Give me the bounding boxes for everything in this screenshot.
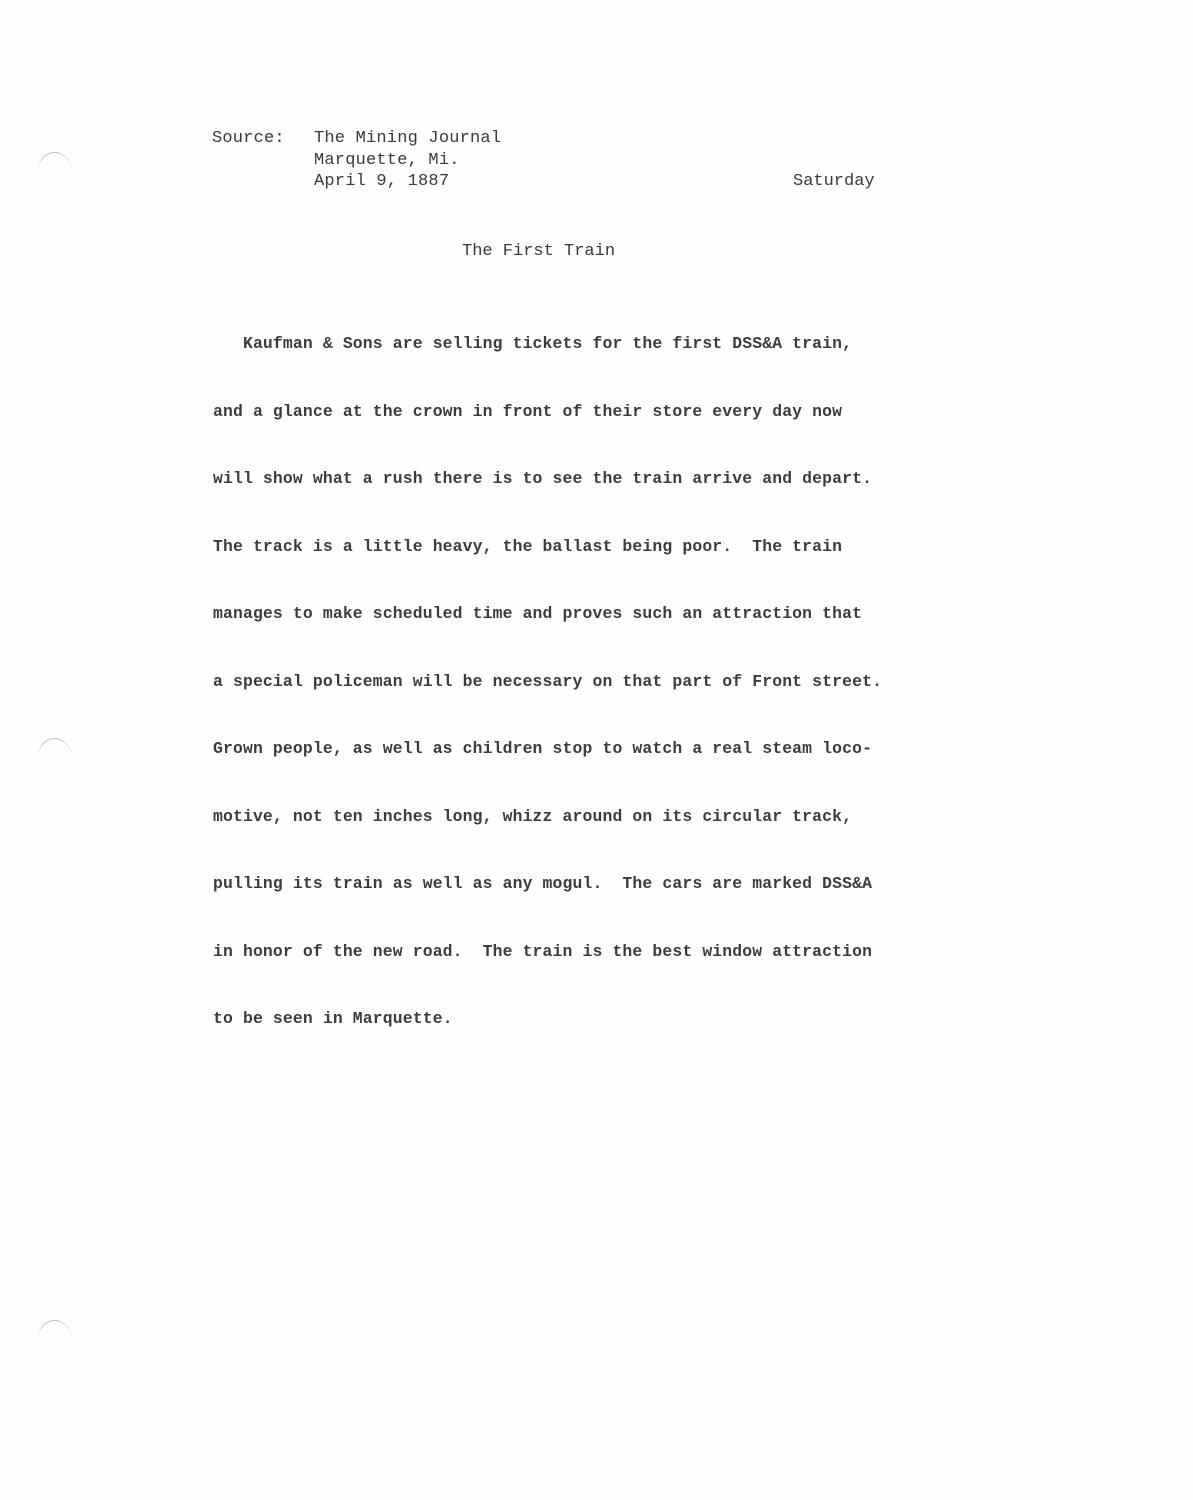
article-title: The First Train <box>462 242 615 261</box>
publication-day: Saturday <box>793 172 875 191</box>
binder-hole-mark <box>35 150 74 178</box>
publication-name: The Mining Journal <box>314 128 501 150</box>
article-line: motive, not ten inches long, whizz aroun… <box>213 806 882 829</box>
article-line: and a glance at the crown in front of th… <box>213 401 882 424</box>
binder-hole-mark <box>35 1318 74 1346</box>
article-line: manages to make scheduled time and prove… <box>213 603 882 626</box>
document-page: Source: The Mining Journal Marquette, Mi… <box>0 0 1193 1500</box>
source-label: Source: <box>212 128 285 150</box>
article-line: Grown people, as well as children stop t… <box>213 738 882 761</box>
article-line: a special policeman will be necessary on… <box>213 671 882 694</box>
publication-date: April 9, 1887 <box>314 171 501 193</box>
article-line: The track is a little heavy, the ballast… <box>213 536 882 559</box>
article-line: pulling its train as well as any mogul. … <box>213 873 882 896</box>
article-line: Kaufman & Sons are selling tickets for t… <box>213 333 882 356</box>
source-details: The Mining Journal Marquette, Mi. April … <box>314 128 501 193</box>
article-line: will show what a rush there is to see th… <box>213 468 882 491</box>
publication-location: Marquette, Mi. <box>314 150 501 172</box>
article-body: Kaufman & Sons are selling tickets for t… <box>213 288 882 1076</box>
binder-hole-mark <box>35 736 74 764</box>
article-line: in honor of the new road. The train is t… <box>213 941 882 964</box>
article-line: to be seen in Marquette. <box>213 1008 882 1031</box>
